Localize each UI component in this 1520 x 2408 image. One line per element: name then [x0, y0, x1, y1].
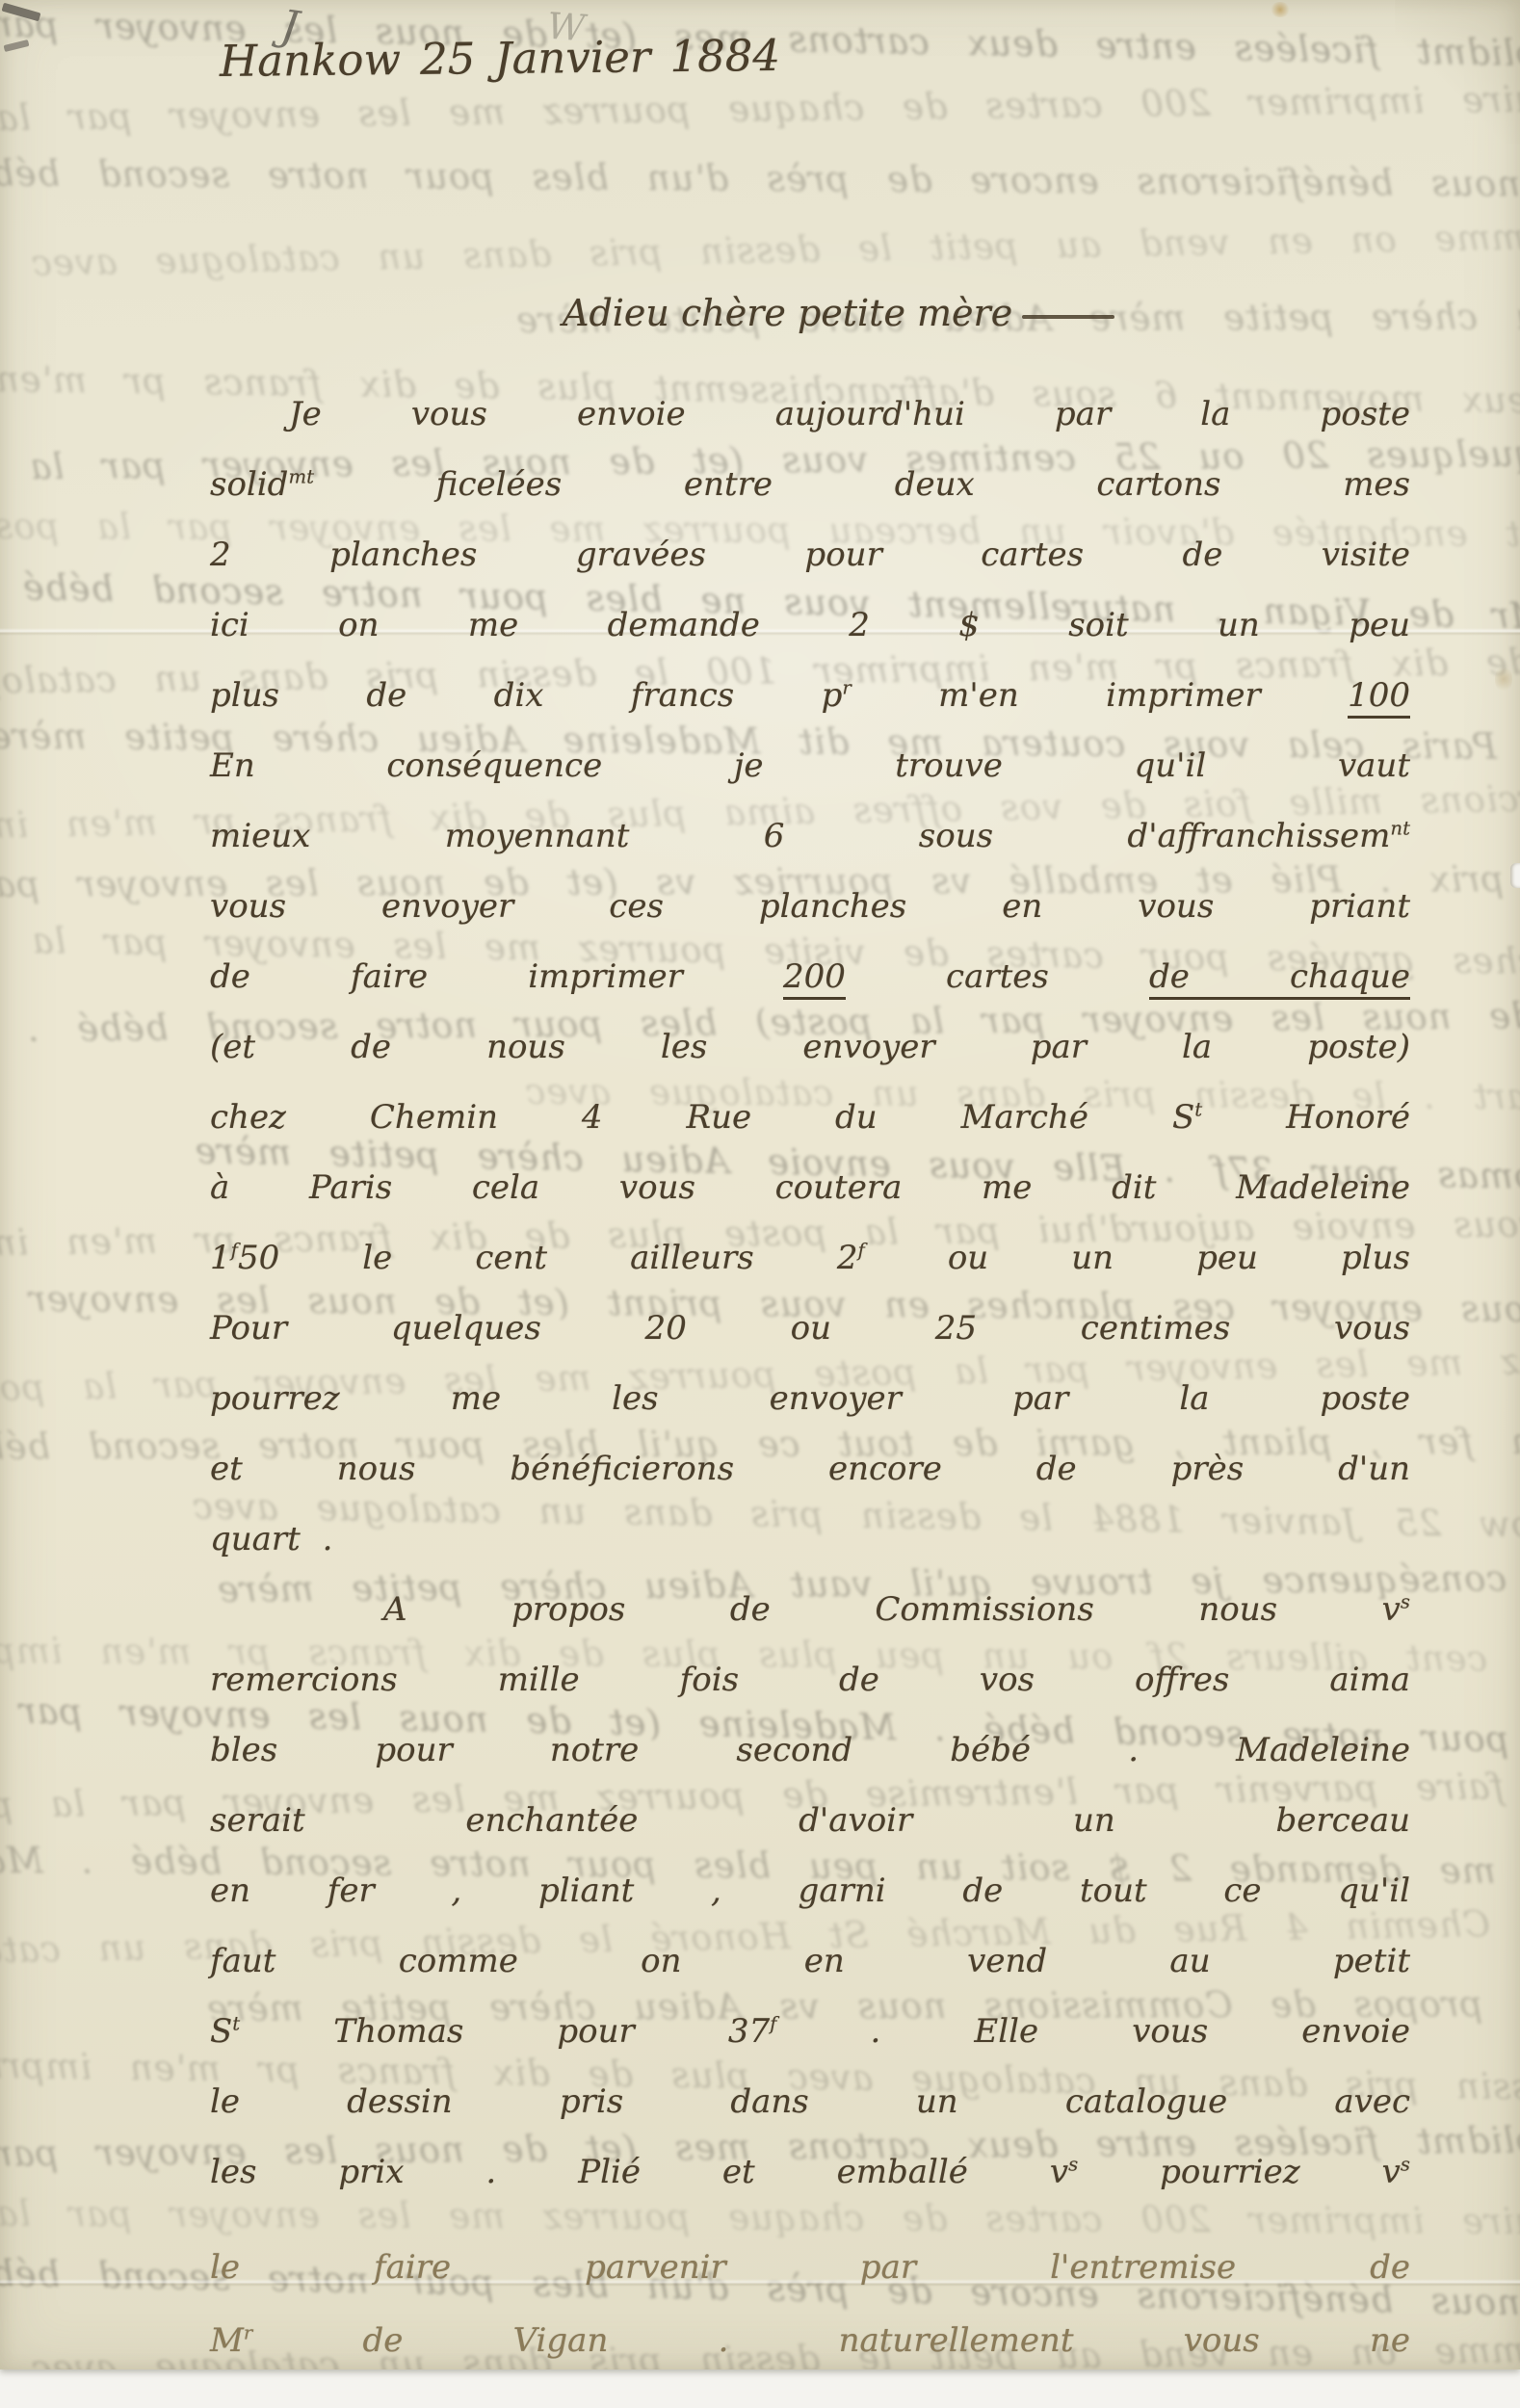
text-segment: 2 planches gravées pour cartes de visite: [210, 536, 1410, 574]
text-segment: chez Chemin 4 Rue du Marché S: [210, 1098, 1194, 1137]
letter-line: A propos de Commissions nous vs: [210, 1575, 1410, 1645]
bleed-line: de faire imprimer 200 cartes de chaque p…: [0, 77, 1520, 139]
underlined-text: 200: [783, 957, 846, 1000]
letter-line: de faire imprimer 200 cartes de chaque: [210, 942, 1410, 1012]
text-segment: de faire imprimer: [210, 957, 783, 996]
superscript-text: s: [1401, 1591, 1410, 1613]
bleed-line: faut comme on en vend au petit le dessin…: [10, 214, 1520, 284]
text-segment: 1: [210, 1239, 231, 1277]
text-segment: pourrez me les envoyer par la poste: [210, 1379, 1410, 1418]
superscript-text: r: [244, 2322, 252, 2344]
underlined-text: de chaque: [1149, 957, 1410, 1000]
photo-background: solidmt ficelées entre deux cartons mes …: [0, 0, 1520, 2408]
paragraph-1: Je vous envoie aujourd'hui par la postes…: [210, 380, 1410, 1575]
text-segment: (et de nous les envoyer par la poste): [210, 1028, 1410, 1066]
text-segment: de Vigan . naturellement vous ne: [252, 2321, 1410, 2360]
letter-line: quart .: [210, 1505, 1410, 1575]
salutation: Adieu chère petite mère: [210, 283, 1410, 343]
letter-line: Je vous envoie aujourd'hui par la poste: [210, 380, 1410, 450]
paper-edge-nick: [1510, 863, 1520, 888]
superscript-text: mt: [288, 466, 314, 488]
superscript-text: f: [231, 1240, 238, 1262]
text-segment: serait enchantée d'avoir un berceau: [210, 1801, 1410, 1840]
text-segment: vous envoyer ces planches en vous priant: [210, 887, 1410, 926]
letter-line: ici on me demande 2 $ soit un peu: [210, 590, 1410, 661]
letter-line: remercions mille fois de vos offres aima: [210, 1645, 1410, 1715]
paper-stain: [1495, 665, 1512, 694]
paper-edge-mark: [4, 39, 30, 52]
letter-line: serait enchantée d'avoir un berceau: [210, 1786, 1410, 1856]
letter-line: Mr de Vigan . naturellement vous ne: [210, 2306, 1410, 2376]
text-segment: Je vous envoie aujourd'hui par la poste: [289, 395, 1410, 433]
text-segment: faut comme on en vend au petit: [210, 1942, 1410, 1980]
letter-line: En conséquence je trouve qu'il vaut: [210, 731, 1410, 801]
text-segment: S: [210, 2012, 232, 2051]
text-segment: Honoré: [1202, 1098, 1410, 1137]
letter-line: 2 planches gravées pour cartes de visite: [210, 520, 1410, 590]
superscript-text: f: [857, 1240, 864, 1262]
text-segment: solid: [210, 465, 288, 504]
superscript-text: nt: [1390, 818, 1410, 840]
superscript-text: s: [1068, 2154, 1078, 2176]
text-segment: cartes: [846, 957, 1149, 996]
text-segment: à Paris cela vous coutera me dit Madelei…: [210, 1168, 1410, 1207]
letter-paragraphs: Je vous envoie aujourd'hui par la postes…: [210, 380, 1410, 2376]
superscript-text: t: [1194, 1099, 1202, 1121]
letter-line: (et de nous les envoyer par la poste): [210, 1012, 1410, 1083]
text-segment: ficelées entre deux cartons mes: [314, 465, 1410, 504]
salutation-text: Adieu chère petite mère: [563, 292, 1012, 334]
text-segment: les prix . Plié et emballé v: [210, 2153, 1068, 2191]
text-segment: le dessin pris dans un catalogue avec: [210, 2082, 1410, 2121]
text-segment: . Elle vous envoie: [776, 2012, 1410, 2051]
letter-line: St Thomas pour 37f . Elle vous envoie: [210, 1997, 1410, 2067]
letter-page: solidmt ficelées entre deux cartons mes …: [0, 0, 1520, 2369]
text-segment: A propos de Commissions nous v: [383, 1590, 1401, 1629]
text-segment: ou un peu plus: [865, 1239, 1410, 1277]
text-segment: M: [210, 2321, 244, 2360]
letter-line: le faire parvenir par l'entremise de: [210, 2229, 1410, 2306]
text-segment: 50 le cent ailleurs 2: [238, 1239, 858, 1277]
salutation-flourish-stroke: [1022, 315, 1114, 319]
text-segment: ici on me demande 2 $ soit un peu: [210, 606, 1410, 644]
letter-line: les prix . Plié et emballé vs pourriez v…: [210, 2137, 1410, 2208]
superscript-text: r: [842, 677, 851, 699]
text-segment: en fer , pliant , garni de tout ce qu'il: [210, 1871, 1410, 1910]
letter-line: et nous bénéficierons encore de près d'u…: [210, 1434, 1410, 1505]
bleed-line: et nous bénéficierons encore de près d'u…: [0, 152, 1520, 205]
text-segment: m'en imprimer: [852, 676, 1348, 715]
text-segment: quart .: [210, 1520, 332, 1558]
letter-line: en fer , pliant , garni de tout ce qu'il: [210, 1856, 1410, 1926]
dateline: Hankow 25 Janvier 1884: [220, 30, 781, 87]
letter-line: faut comme on en vend au petit: [210, 1926, 1410, 1997]
text-segment: Thomas pour 37: [240, 2012, 770, 2051]
letter-line: plus de dix francs pr m'en imprimer 100: [210, 661, 1410, 731]
text-segment: pourriez v: [1078, 2153, 1401, 2191]
paragraph-2: A propos de Commissions nous vsremercion…: [210, 1575, 1410, 2376]
letter-line: Pour quelques 20 ou 25 centimes vous: [210, 1294, 1410, 1364]
letter-line: chez Chemin 4 Rue du Marché St Honoré: [210, 1083, 1410, 1153]
text-segment: bles pour notre second bébé . Madeleine: [210, 1731, 1410, 1769]
text-segment: le faire parvenir par l'entremise de: [210, 2248, 1410, 2287]
letter-line: le dessin pris dans un catalogue avec: [210, 2067, 1410, 2137]
underlined-text: 100: [1348, 676, 1410, 719]
superscript-text: s: [1401, 2154, 1410, 2176]
paper-edge-mark: [2, 3, 41, 22]
paper-stain: [1270, 2, 1291, 17]
letter-line: mieux moyennant 6 sous d'affranchissemnt: [210, 801, 1410, 872]
text-segment: En conséquence je trouve qu'il vaut: [210, 746, 1410, 785]
letter-line: solidmt ficelées entre deux cartons mes: [210, 450, 1410, 520]
letter-body: Adieu chère petite mère Je vous envoie a…: [210, 283, 1410, 2376]
text-segment: et nous bénéficierons encore de près d'u…: [210, 1450, 1410, 1488]
letter-line: pourrez me les envoyer par la poste: [210, 1364, 1410, 1434]
text-segment: plus de dix francs p: [210, 676, 842, 715]
letter-line: 1f50 le cent ailleurs 2f ou un peu plus: [210, 1223, 1410, 1294]
text-segment: remercions mille fois de vos offres aima: [210, 1661, 1410, 1699]
text-segment: Pour quelques 20 ou 25 centimes vous: [210, 1309, 1410, 1348]
text-segment: mieux moyennant 6 sous d'affranchissem: [210, 817, 1390, 855]
letter-line: bles pour notre second bébé . Madeleine: [210, 1715, 1410, 1786]
letter-line: à Paris cela vous coutera me dit Madelei…: [210, 1153, 1410, 1223]
paper-corner-shading: [1395, 0, 1520, 144]
letter-line: vous envoyer ces planches en vous priant: [210, 872, 1410, 942]
